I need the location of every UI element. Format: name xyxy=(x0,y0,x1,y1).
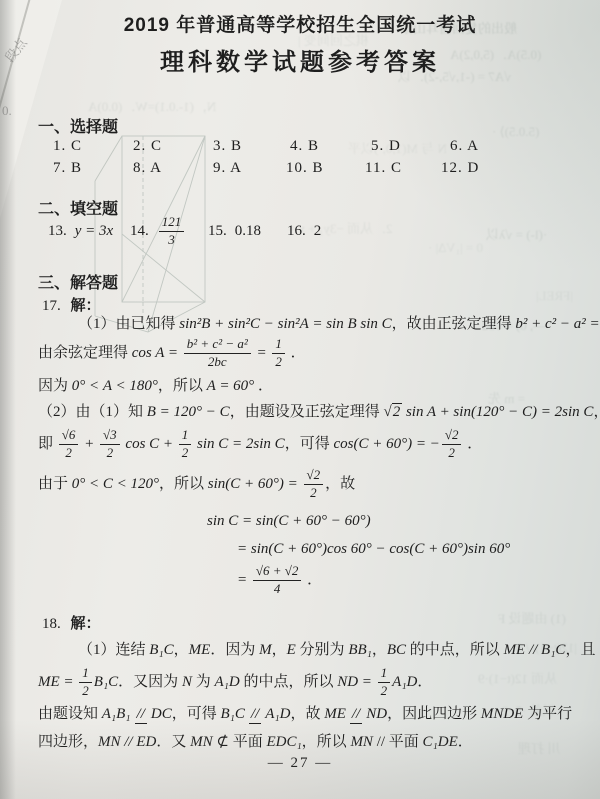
left-edge-shadow xyxy=(0,0,16,799)
problem-17-label: 17. 解： xyxy=(42,294,101,315)
choice-answer-1: 1. C xyxy=(53,138,82,155)
section-solution-header: 三、解答题 xyxy=(38,270,118,293)
choice-answer-11: 11. C xyxy=(365,160,402,177)
blank-answer-number: 16. xyxy=(287,223,306,240)
solution-17-line-3: 因为 0° < A < 180°，所以 A = 60° ． xyxy=(38,375,273,397)
solution-word: 解： xyxy=(71,297,101,314)
solution-17-line-1: （1）由已知得 sin²B + sin²C − sin²A = sin B si… xyxy=(38,313,600,335)
choice-answer-5: 5. D xyxy=(371,138,401,155)
solution-18-line-2: ME = 12B₁C．又因为 N 为 A₁D 的中点，所以 ND = 12A₁D… xyxy=(38,662,432,702)
bleed-fragment: ·(l-) = √λ以 xyxy=(486,224,547,243)
solution-17-line-2: 由余弦定理得 cos A = b² + c² − a²2bc = 12 ． xyxy=(38,333,306,373)
choice-answer-6: 6. A xyxy=(450,138,479,155)
choice-answer-9: 9. A xyxy=(213,160,242,177)
blank-answer-value: 0.18 xyxy=(235,223,261,240)
answer-key-subtitle: 理科数学试题参考答案 xyxy=(0,42,600,77)
solution-17-line-9: = √6 + √24 ． xyxy=(237,560,322,600)
problem-18-label: 18. 解： xyxy=(42,612,101,633)
choice-answer-4: 4. B xyxy=(290,138,319,155)
solution-18-line-4: 四边形，MN // ED．又 MN ⊄ 平面 EDC₁，所以 MN // 平面 … xyxy=(38,731,473,753)
blank-answer-value: 2 xyxy=(314,223,322,240)
solution-word: 解： xyxy=(71,615,101,632)
solution-17-line-5: 即 √62 + √32 cos C + 12 sin C = 2sin C，可得… xyxy=(38,424,482,464)
page-number: — 27 — xyxy=(0,755,600,772)
corner-note-stray: 0. xyxy=(2,103,12,119)
blank-answer-16: 16. 2 xyxy=(287,210,321,252)
blank-answer-15: 15. 0.18 xyxy=(208,210,261,252)
bleed-fragment: (5.0.5)⟩ · xyxy=(492,124,539,140)
choice-answer-10: 10. B xyxy=(286,160,324,177)
solution-17-line-7: sin C = sin(C + 60° − 60°) xyxy=(207,510,371,532)
bleed-fragment: 0 = |₁V∆| · xyxy=(428,240,483,256)
blank-answer-14: 14. 1213 xyxy=(130,210,186,252)
choice-answer-12: 12. D xyxy=(441,160,479,177)
choice-answer-3: 3. B xyxy=(213,138,242,155)
blank-answer-value: y = 3x xyxy=(75,223,113,240)
choice-answer-8: 8. A xyxy=(133,160,162,177)
bleed-fragment: (1) 由题设 F xyxy=(498,608,566,627)
blank-answer-number: 14. xyxy=(130,223,149,240)
solution-18-line-3: 由题设知 A₁B₁//DC，可得 B₁C//A₁D，故 ME//ND，因此四边形… xyxy=(38,703,572,725)
blank-answer-number: 15. xyxy=(208,223,227,240)
exam-title: 2019 年普通高等学校招生全国统一考试 xyxy=(0,10,600,37)
bleed-fragment: N，(1-.0.1)=W．(0.0)A xyxy=(88,96,216,115)
scanned-exam-answer-page: 段点 0. 般出的复回窗耳山添 (0.5)A．(5,0,2)A N，(1-.0.… xyxy=(0,0,600,799)
choice-answer-2: 2. C xyxy=(133,138,162,155)
choice-answer-7: 7. B xyxy=(53,160,82,177)
blank-answer-value: 1213 xyxy=(157,215,187,248)
bleed-fragment: 从而 12(t−1)·9 xyxy=(478,668,557,687)
solution-17-line-8: = sin(C + 60°)cos 60° − cos(C + 60°)sin … xyxy=(237,538,510,560)
problem-number: 18. xyxy=(42,616,61,632)
solution-17-line-4: （2）由（1）知 B = 120° − C，由题设及正弦定理得 √2 sin A… xyxy=(38,401,600,423)
section-choice-header: 一、选择题 xyxy=(38,114,118,137)
solution-18-line-1: （1）连结 B₁C，ME．因为 M，E 分别为 BB₁，BC 的中点，所以 ME… xyxy=(38,639,595,661)
solution-17-line-6: 由于 0° < C < 120°，所以 sin(C + 60°) = √22，故 xyxy=(38,464,355,504)
bleed-fragment: |FREL| xyxy=(536,288,573,304)
problem-number: 17. xyxy=(42,298,61,314)
blank-answer-number: 13. xyxy=(48,223,67,240)
blank-answer-13: 13. y = 3x xyxy=(48,210,113,252)
